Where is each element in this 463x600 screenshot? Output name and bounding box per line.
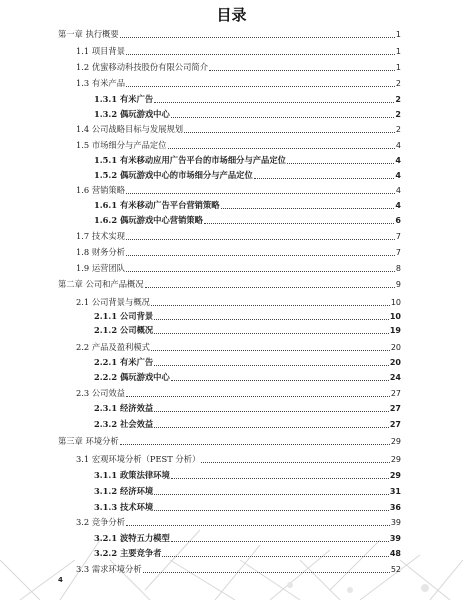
toc-entry[interactable]: 1.4 公司战略目标与发展规划2 [76, 124, 401, 135]
toc-entry[interactable]: 1.5 市场细分与产品定位4 [76, 140, 401, 151]
leader-dots [154, 411, 389, 412]
toc-entry-page: 4 [396, 185, 401, 196]
toc-entry-page: 29 [390, 470, 401, 481]
toc-entry[interactable]: 2.3 公司效益27 [76, 388, 401, 399]
leader-dots [126, 525, 390, 526]
leader-dots [120, 444, 390, 445]
toc-entry-label: 2.1 公司背景与概况 [76, 297, 150, 308]
leader-dots [201, 462, 390, 463]
toc-entry[interactable]: 3.2.1 波特五力模型39 [94, 533, 401, 544]
toc-title: 目录 [0, 4, 463, 25]
leader-dots [204, 223, 394, 224]
toc-entry[interactable]: 1.3.2 偶玩游戏中心2 [94, 109, 401, 120]
leader-dots [145, 287, 395, 288]
toc-entry-page: 39 [390, 533, 401, 544]
toc-entry-label: 2.3.1 经济效益 [94, 403, 153, 414]
toc-entry-page: 1 [396, 62, 401, 73]
toc-entry[interactable]: 1.3.1 有米广告2 [94, 94, 401, 105]
toc-entry-page: 29 [391, 454, 401, 465]
toc-entry-label: 3.2.1 波特五力模型 [94, 533, 170, 544]
toc-entry-page: 27 [391, 388, 401, 399]
toc-entry[interactable]: 3.3 需求环境分析52 [76, 564, 401, 575]
toc-entry-label: 2.3 公司效益 [76, 388, 125, 399]
toc-entry-page: 29 [391, 436, 401, 447]
toc-entry-page: 4 [395, 170, 401, 181]
leader-dots [171, 380, 389, 381]
toc-entry[interactable]: 3.1.2 经济环境31 [94, 486, 401, 497]
toc-entry-label: 2.2.2 偶玩游戏中心 [94, 372, 170, 383]
toc-entry[interactable]: 3.1.1 政策法律环境29 [94, 470, 401, 481]
toc-entry[interactable]: 1.2 优蜜移动科技股份有限公司简介1 [76, 62, 401, 73]
toc-entry-page: 20 [391, 342, 401, 353]
leader-dots [154, 319, 389, 320]
leader-dots [126, 86, 395, 87]
toc-entry-page: 1 [396, 46, 401, 57]
toc-entry[interactable]: 第二章 公司和产品概况9 [58, 279, 401, 290]
toc-entry-page: 52 [391, 564, 401, 575]
leader-dots [143, 572, 390, 573]
toc-entry-page: 27 [390, 403, 401, 414]
leader-dots [154, 102, 394, 103]
leader-dots [254, 178, 395, 179]
toc-entry-label: 1.6 营销策略 [76, 185, 125, 196]
toc-entry[interactable]: 1.5.1 有米移动应用广告平台的市场细分与产品定位4 [94, 155, 401, 166]
toc-entry[interactable]: 第三章 环境分析29 [58, 436, 401, 447]
toc-entry[interactable]: 2.1 公司背景与概况10 [76, 297, 401, 308]
toc-entry-label: 1.5.1 有米移动应用广告平台的市场细分与产品定位 [94, 155, 286, 166]
toc-entry[interactable]: 2.3.2 社会效益27 [94, 419, 401, 430]
leader-dots [126, 396, 390, 397]
toc-entry[interactable]: 1.1 项目背景1 [76, 46, 401, 57]
toc-entry-page: 19 [390, 325, 401, 336]
leader-dots [151, 305, 390, 306]
toc-entry-label: 3.1.2 经济环境 [94, 486, 153, 497]
leader-dots [120, 37, 395, 38]
toc-entry-page: 2 [395, 109, 401, 120]
toc-entry-page: 24 [390, 372, 401, 383]
leader-dots [154, 510, 389, 511]
toc-entry-label: 2.2.1 有米广告 [94, 357, 153, 368]
leader-dots [171, 541, 389, 542]
toc-entry-label: 1.9 运营团队 [76, 263, 125, 274]
toc-page: 目录 第一章 执行概要1 1.1 项目背景1 1.2 优蜜移动科技股份有限公司简… [0, 0, 463, 600]
toc-entry-label: 第二章 公司和产品概况 [58, 279, 144, 290]
toc-entry-label: 1.4 公司战略目标与发展规划 [76, 124, 183, 135]
toc-entry-page: 1 [396, 29, 401, 40]
toc-entry-page: 7 [396, 247, 401, 258]
leader-dots [151, 350, 390, 351]
toc-entry-label: 2.2 产品及盈利模式 [76, 342, 150, 353]
toc-entry-page: 8 [396, 263, 401, 274]
toc-entry[interactable]: 第一章 执行概要1 [58, 29, 401, 40]
leader-dots [126, 193, 395, 194]
leader-dots [126, 255, 395, 256]
toc-entry-label: 3.2.2 主要竞争者 [94, 548, 161, 559]
toc-entry[interactable]: 2.2.2 偶玩游戏中心24 [94, 372, 401, 383]
toc-entry[interactable]: 1.6.1 有米移动广告平台营销策略4 [94, 200, 401, 211]
toc-entry-page: 6 [395, 215, 401, 226]
leader-dots [171, 478, 389, 479]
toc-entry[interactable]: 3.2 竞争分析39 [76, 517, 401, 528]
toc-entry-page: 36 [390, 502, 401, 513]
leader-dots [171, 117, 395, 118]
toc-entry-label: 1.1 项目背景 [76, 46, 125, 57]
toc-entry[interactable]: 1.7 技术实现7 [76, 231, 401, 242]
toc-entry-label: 3.1.1 政策法律环境 [94, 470, 170, 481]
leader-dots [126, 239, 395, 240]
toc-entry-label: 1.3.1 有米广告 [94, 94, 153, 105]
toc-entry-page: 2 [396, 124, 401, 135]
leader-dots [287, 163, 394, 164]
toc-entry-label: 3.2 竞争分析 [76, 517, 125, 528]
toc-entry[interactable]: 2.2.1 有米广告20 [94, 357, 401, 368]
leader-dots [209, 70, 395, 71]
page-number: 4 [58, 576, 63, 584]
toc-entry-page: 2 [395, 94, 401, 105]
leader-dots [184, 132, 395, 133]
toc-entry[interactable]: 1.3 有米产品2 [76, 78, 401, 89]
toc-entry-page: 10 [391, 297, 401, 308]
toc-entry-page: 4 [395, 200, 401, 211]
toc-entry-label: 1.3 有米产品 [76, 78, 125, 89]
toc-entry-label: 1.8 财务分析 [76, 247, 125, 258]
toc-entry-page: 27 [390, 419, 401, 430]
leader-dots [162, 556, 388, 557]
leader-dots [126, 271, 395, 272]
leader-dots [126, 54, 395, 55]
toc-entry-page: 31 [390, 486, 401, 497]
toc-entry-label: 1.2 优蜜移动科技股份有限公司简介 [76, 62, 208, 73]
toc-entry[interactable]: 1.6 营销策略4 [76, 185, 401, 196]
toc-entry-label: 1.5 市场细分与产品定位 [76, 140, 167, 151]
toc-entry-label: 2.1.1 公司背景 [94, 311, 153, 322]
toc-entry-label: 3.3 需求环境分析 [76, 564, 142, 575]
leader-dots [154, 494, 389, 495]
toc-entry-page: 7 [396, 231, 401, 242]
toc-entry-label: 1.6.2 偶玩游戏中心营销策略 [94, 215, 203, 226]
toc-entry-page: 10 [390, 311, 401, 322]
toc-entry-page: 4 [396, 140, 401, 151]
toc-entry-page: 20 [390, 357, 401, 368]
toc-entry-page: 48 [390, 548, 401, 559]
leader-dots [154, 333, 389, 334]
toc-entry-label: 1.7 技术实现 [76, 231, 125, 242]
toc-entry-page: 9 [396, 279, 401, 290]
leader-dots [154, 365, 389, 366]
toc-entry[interactable]: 3.2.2 主要竞争者48 [94, 548, 401, 559]
toc-entry-label: 第一章 执行概要 [58, 29, 119, 40]
toc-entry-label: 1.5.2 偶玩游戏中心的市场细分与产品定位 [94, 170, 253, 181]
toc-entry-label: 3.1.3 技术环境 [94, 502, 153, 513]
toc-entry[interactable]: 3.1.3 技术环境36 [94, 502, 401, 513]
toc-entry[interactable]: 2.1.2 公司概况19 [94, 325, 401, 336]
toc-entry-label: 1.3.2 偶玩游戏中心 [94, 109, 170, 120]
toc-entry[interactable]: 2.1.1 公司背景10 [94, 311, 401, 322]
leader-dots [154, 427, 389, 428]
toc-entry-page: 4 [395, 155, 401, 166]
toc-entry-page: 2 [396, 78, 401, 89]
toc-entry-label: 1.6.1 有米移动广告平台营销策略 [94, 200, 220, 211]
toc-entry[interactable]: 1.9 运营团队8 [76, 263, 401, 274]
toc-entry[interactable]: 1.5.2 偶玩游戏中心的市场细分与产品定位4 [94, 170, 401, 181]
toc-entry[interactable]: 2.3.1 经济效益27 [94, 403, 401, 414]
toc-entry[interactable]: 2.2 产品及盈利模式20 [76, 342, 401, 353]
toc-entry[interactable]: 3.1 宏观环境分析（PEST 分析）29 [76, 454, 401, 465]
toc-entry-label: 第三章 环境分析 [58, 436, 119, 447]
leader-dots [221, 208, 395, 209]
toc-entry-label: 3.1 宏观环境分析（PEST 分析） [76, 454, 200, 465]
toc-entry-page: 39 [391, 517, 401, 528]
toc-entry[interactable]: 1.8 财务分析7 [76, 247, 401, 258]
leader-dots [168, 148, 395, 149]
toc-entry-label: 2.1.2 公司概况 [94, 325, 153, 336]
toc-entry[interactable]: 1.6.2 偶玩游戏中心营销策略6 [94, 215, 401, 226]
toc-entry-label: 2.3.2 社会效益 [94, 419, 153, 430]
